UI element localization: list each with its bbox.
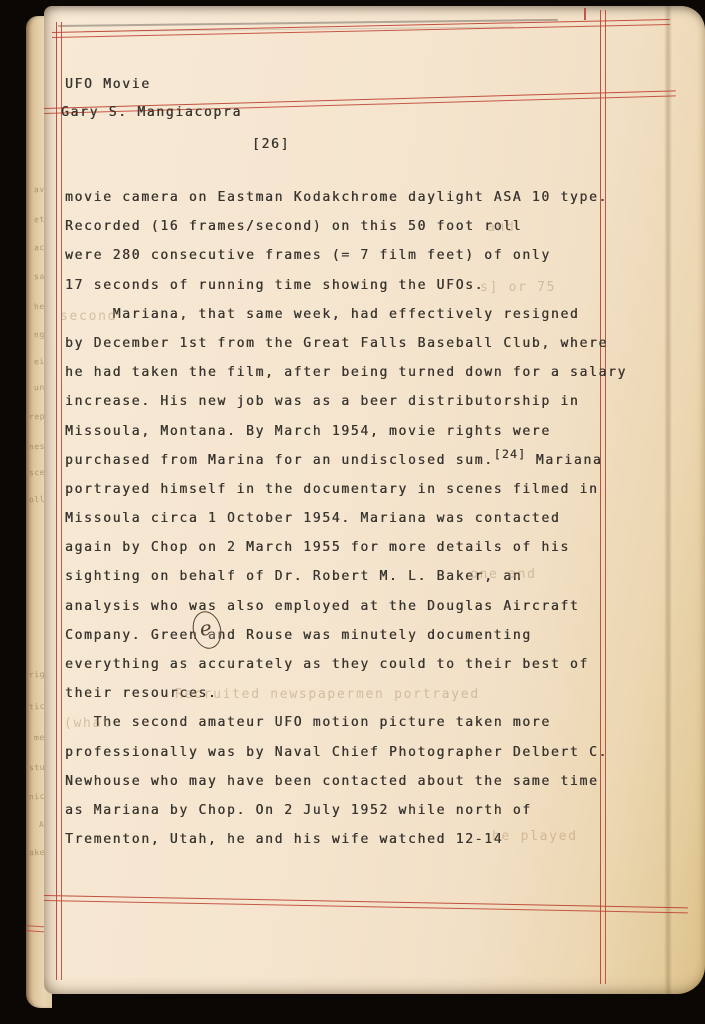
top-edge-rule-tick bbox=[584, 8, 586, 20]
typed-line: Mariana, that same week, had effectively… bbox=[65, 306, 665, 335]
typed-segment: Mariana bbox=[526, 453, 602, 468]
ghost-text-fragment: one and bbox=[470, 567, 537, 582]
annotation-letter: e bbox=[198, 615, 213, 640]
ghost-text-fragment: second bbox=[60, 309, 117, 324]
typed-body-text: movie camera on Eastman Kodakchrome dayl… bbox=[65, 189, 665, 860]
typed-line: professionally was by Naval Chief Photog… bbox=[65, 744, 665, 773]
typed-line: increase. His new job was as a beer dist… bbox=[65, 393, 665, 422]
ghost-text-fragment: s] or 75 bbox=[480, 280, 556, 295]
running-title: UFO Movie bbox=[65, 77, 151, 92]
typed-segment: purchased from Marina for an undisclosed… bbox=[65, 453, 494, 468]
typed-line: portrayed himself in the documentary in … bbox=[65, 481, 665, 510]
ghost-text-fragment: he played bbox=[492, 829, 578, 844]
page-curl-shadow bbox=[664, 6, 672, 994]
book-photo: aveeteacrsarherngreitundreponesescenollo… bbox=[0, 0, 705, 1024]
typed-line: by December 1st from the Great Falls Bas… bbox=[65, 335, 665, 364]
footnote-reference: [24] bbox=[494, 447, 527, 461]
page-number: [26] bbox=[252, 137, 290, 152]
typed-line: again by Chop on 2 March 1955 for more d… bbox=[65, 539, 665, 568]
typed-line: Company. Green and Rouse was minutely do… bbox=[65, 627, 665, 656]
typed-line: he had taken the film, after being turne… bbox=[65, 364, 665, 393]
typed-line: The second amateur UFO motion picture ta… bbox=[65, 714, 665, 743]
typed-line: Recorded (16 frames/second) on this 50 f… bbox=[65, 218, 665, 247]
typed-line: Missoula, Montana. By March 1954, movie … bbox=[65, 423, 665, 452]
typed-line: analysis who was also employed at the Do… bbox=[65, 598, 665, 627]
typed-line: movie camera on Eastman Kodakchrome dayl… bbox=[65, 189, 665, 218]
left-margin-rule bbox=[56, 22, 62, 980]
author-name: Gary S. Mangiacopra bbox=[61, 105, 242, 120]
typed-line: purchased from Marina for an undisclosed… bbox=[65, 452, 665, 481]
typed-line: sighting on behalf of Dr. Robert M. L. B… bbox=[65, 568, 665, 597]
ghost-text-fragment: (what bbox=[64, 716, 112, 731]
typed-line: were 280 consecutive frames (= 7 film fe… bbox=[65, 247, 665, 276]
ghost-text-fragment: and bbox=[487, 220, 516, 235]
typed-line: Newhouse who may have been contacted abo… bbox=[65, 773, 665, 802]
typed-line: as Mariana by Chop. On 2 July 1952 while… bbox=[65, 802, 665, 831]
typed-line: Missoula circa 1 October 1954. Mariana w… bbox=[65, 510, 665, 539]
typed-line: everything as accurately as they could t… bbox=[65, 656, 665, 685]
bottom-margin-rule bbox=[44, 895, 688, 913]
typed-line: 17 seconds of running time showing the U… bbox=[65, 277, 665, 306]
manuscript-page: UFO Movie Gary S. Mangiacopra [26] movie… bbox=[44, 6, 705, 994]
ghost-text-fragment: Recruited newspapermen portrayed bbox=[175, 687, 480, 702]
